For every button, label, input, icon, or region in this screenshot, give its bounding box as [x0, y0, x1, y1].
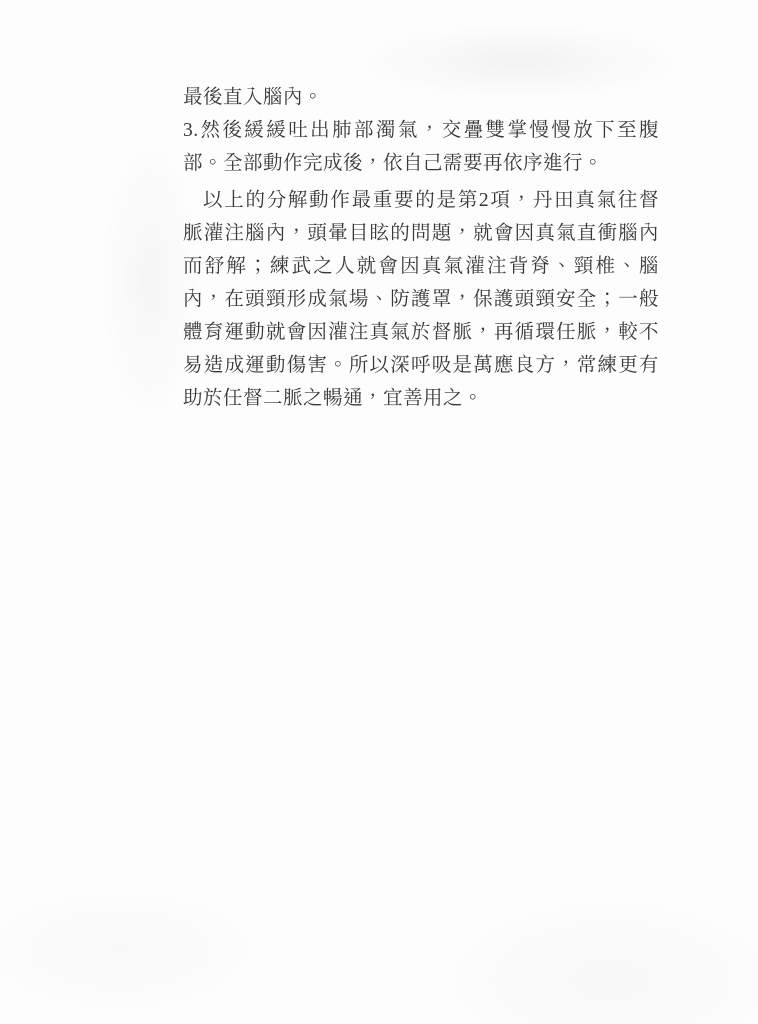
text-line: 內，在頭頸形成氣場、防護罩，保護頭頸安全；一般 — [183, 283, 659, 316]
text-line: 而舒解；練武之人就會因真氣灌注背脊、頸椎、腦 — [183, 250, 659, 283]
text-line: 以上的分解動作最重要的是第2項，丹田真氣往督 — [183, 184, 659, 217]
scanned-book-page: 最後直入腦內。 3.然後緩緩吐出肺部濁氣，交疊雙掌慢慢放下至腹 部。全部動作完成… — [0, 0, 758, 1024]
text-line: 易造成運動傷害。所以深呼吸是萬應良方，常練更有 — [183, 349, 659, 382]
text-line: 體育運動就會因灌注真氣於督脈，再循環任脈，較不 — [183, 316, 659, 349]
body-text-block: 最後直入腦內。 3.然後緩緩吐出肺部濁氣，交疊雙掌慢慢放下至腹 部。全部動作完成… — [183, 81, 659, 415]
text-line: 脈灌注腦內，頭暈目眩的問題，就會因真氣直衝腦內 — [183, 217, 659, 250]
text-line-paragraph-end: 助於任督二脈之暢通，宜善用之。 — [183, 382, 659, 415]
summary-paragraph: 以上的分解動作最重要的是第2項，丹田真氣往督 脈灌注腦內，頭暈目眩的問題，就會因… — [183, 184, 659, 415]
text-line-list-item-3-cont: 部。全部動作完成後，依自己需要再依序進行。 — [183, 147, 659, 180]
text-line-sentence-end: 最後直入腦內。 — [183, 81, 659, 114]
text-line-list-item-3: 3.然後緩緩吐出肺部濁氣，交疊雙掌慢慢放下至腹 — [183, 114, 659, 147]
